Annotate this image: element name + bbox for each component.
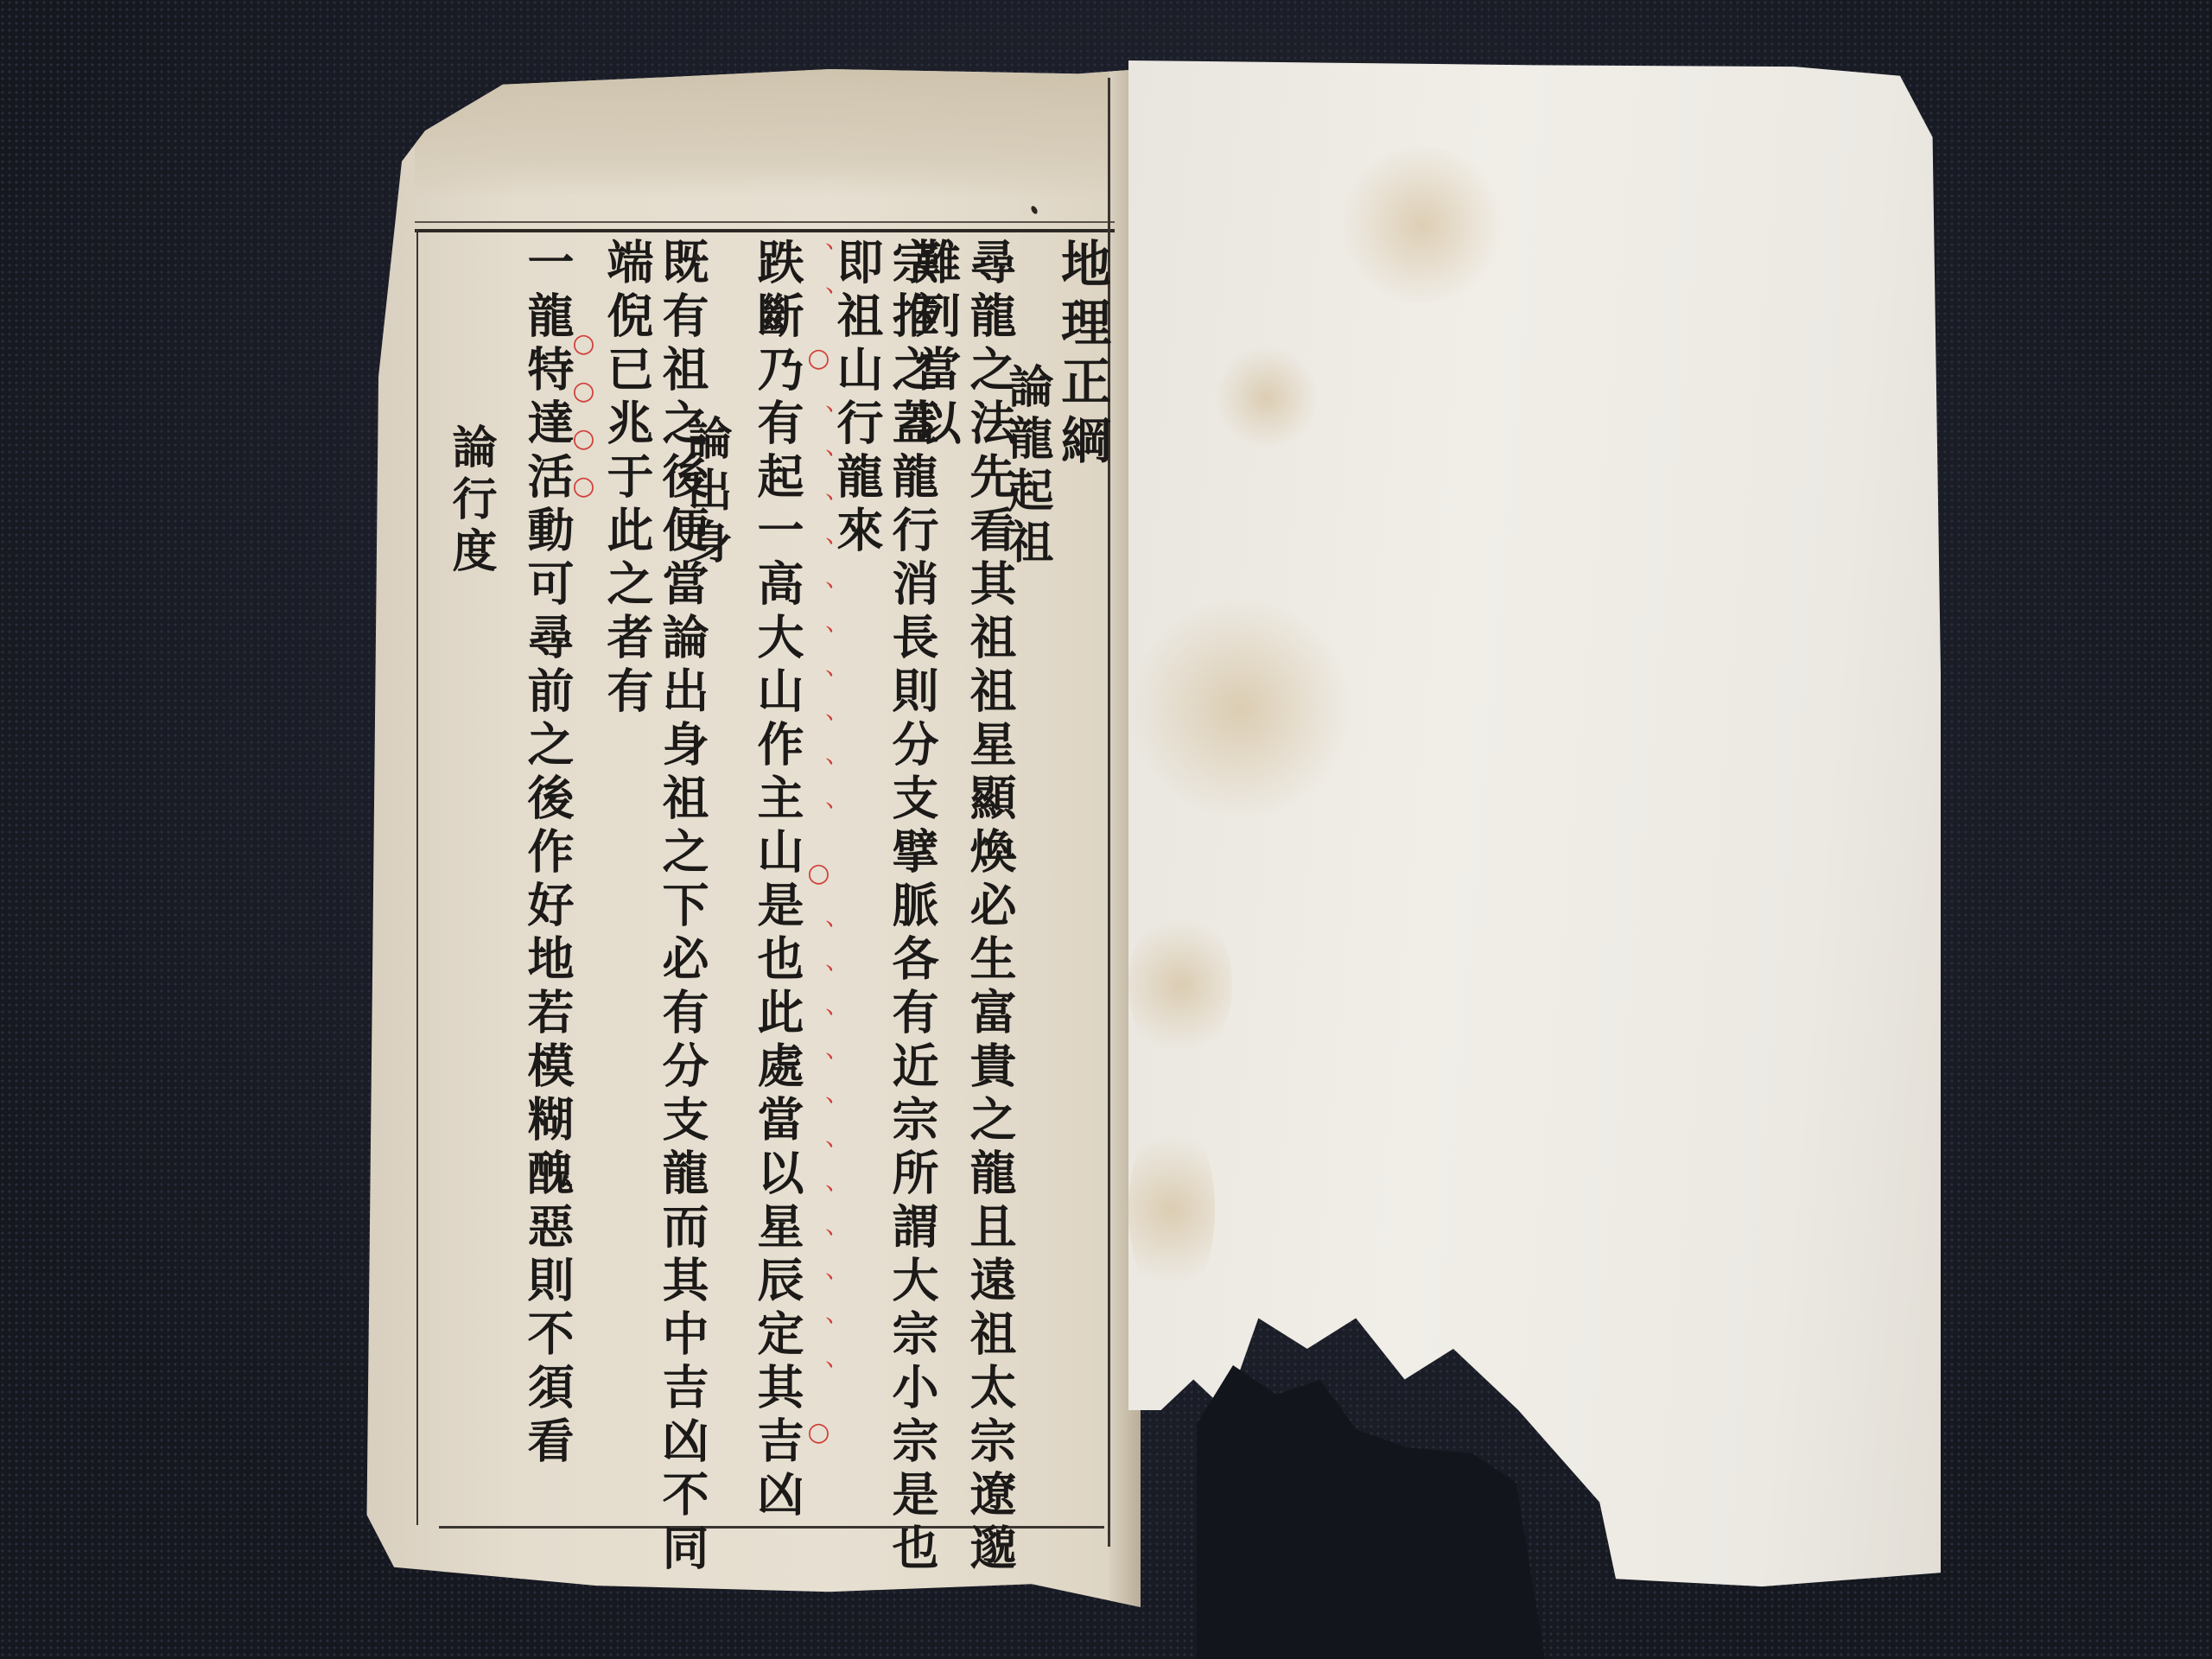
water-stain bbox=[1128, 1115, 1215, 1305]
text-column: 既有祖之後便當論出身祖之下必有分支龍而其中吉凶不同端倪已兆于此之者有 bbox=[600, 238, 710, 1607]
book-title: 地理正綱 bbox=[1054, 238, 1109, 473]
frame-line bbox=[415, 229, 1115, 232]
text-column: 一龍特達活動可尋前之後作好地若模糊醜惡則不須看 bbox=[520, 238, 575, 1470]
ink-dot bbox=[1030, 205, 1039, 215]
water-stain bbox=[1336, 147, 1509, 302]
book-photo: 地理正綱 論龍起祖 尋龍之法先看其祖祖星顯煥必生富貴之龍且遠祖太宗遼邈難列當以 … bbox=[0, 0, 2212, 1659]
water-stain bbox=[1215, 346, 1319, 449]
water-stain bbox=[1128, 907, 1232, 1063]
red-circle-marks: ○○○○ bbox=[570, 328, 596, 518]
torn-paper-hole bbox=[1197, 1365, 1560, 1659]
text-column: 跌斷乃有起一高大山作主山是也此處當以星辰定其吉凶 bbox=[750, 238, 805, 1523]
paper-stain bbox=[415, 69, 1123, 199]
text-column: 宗推之蓋龍行消長則分支擘脈各有近宗所謂大宗小宗是也即祖山行龍來 bbox=[829, 238, 940, 1607]
frame-line bbox=[416, 229, 418, 1525]
right-blank-leaf bbox=[1128, 60, 1941, 1594]
frame-line bbox=[415, 221, 1115, 223]
left-page: 地理正綱 論龍起祖 尋龍之法先看其祖祖星顯煥必生富貴之龍且遠祖太宗遼邈難列當以 … bbox=[363, 69, 1141, 1607]
section-heading-movement: 論行度 bbox=[442, 423, 498, 579]
red-punctuation-marks: 、、○、、、、、、、、、、○、、、、、、、、、、、○ bbox=[805, 242, 831, 1478]
water-stain bbox=[1128, 596, 1353, 821]
